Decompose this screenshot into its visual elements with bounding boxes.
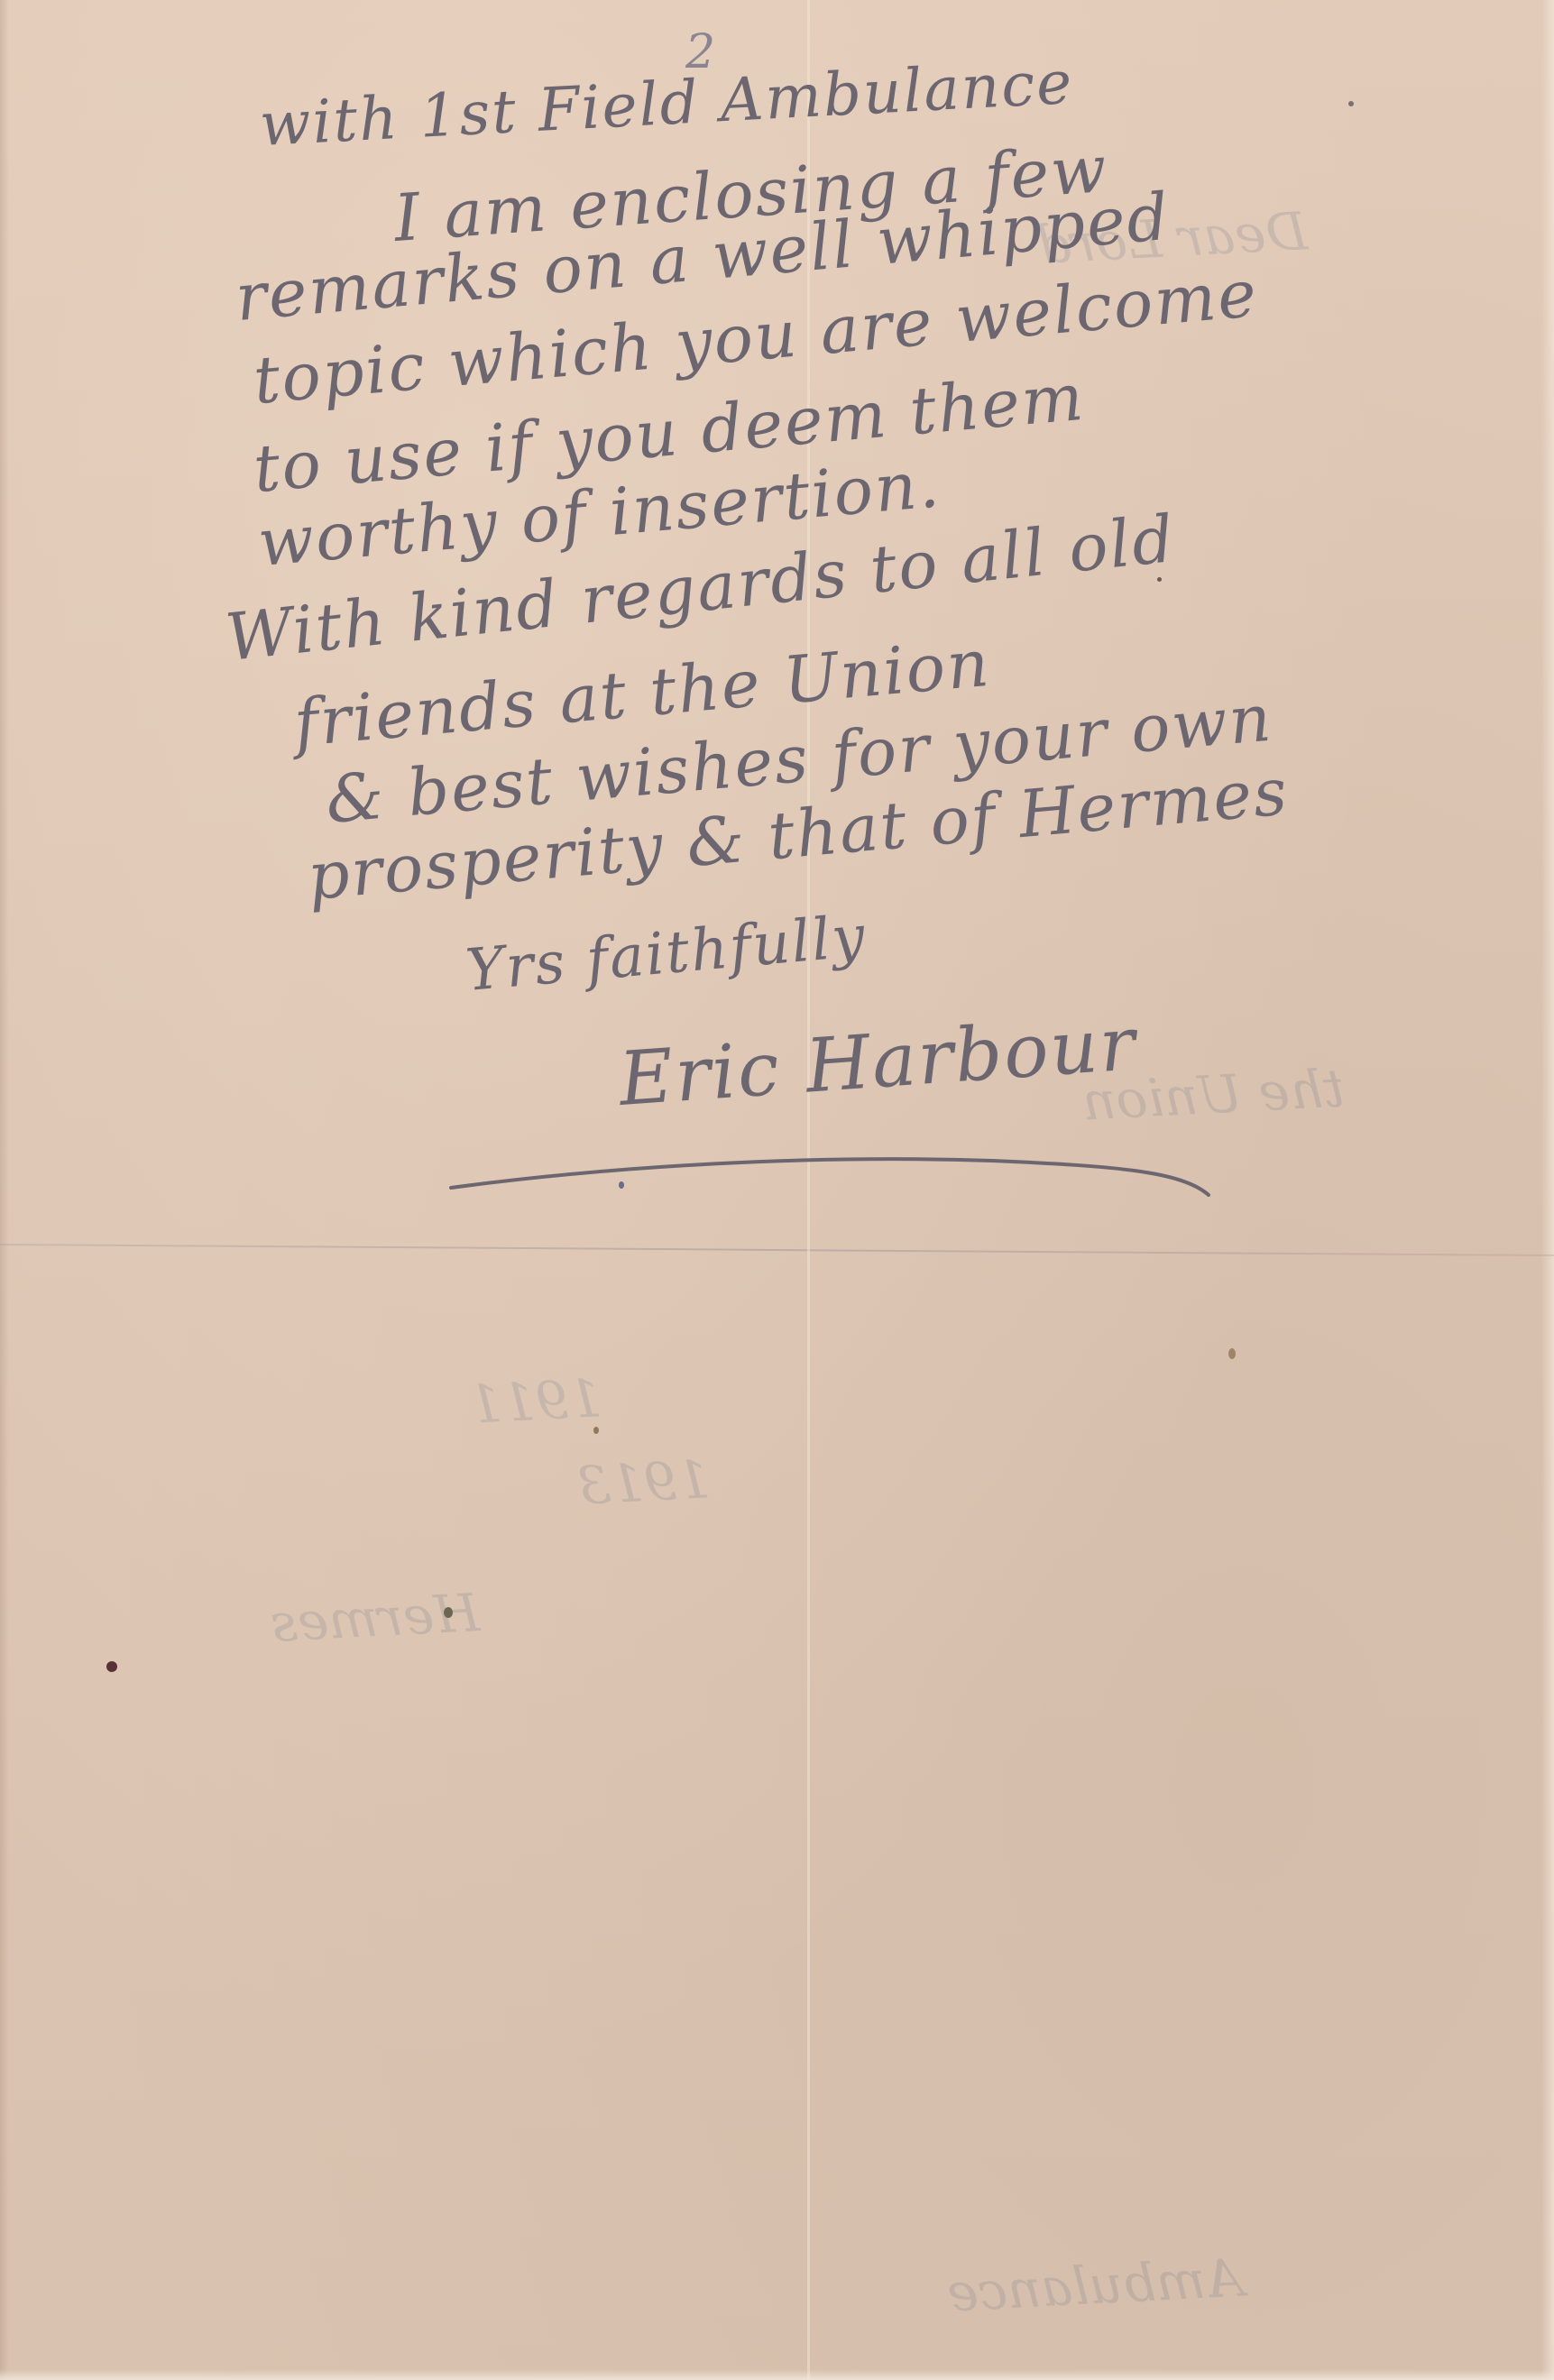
bleed-through-text: Ambulance (945, 2247, 1245, 2323)
paper-edge-right (1541, 0, 1554, 2380)
paper-edge-bottom (0, 2369, 1554, 2380)
foxing-spot (1228, 1348, 1236, 1359)
signature: Eric Harbour (616, 1001, 1139, 1123)
foxing-spot (1157, 577, 1162, 582)
bleed-through-text: Hermes (269, 1582, 481, 1654)
letter-page: Dear Lord the Union 1911 1913 Hermes Amb… (0, 0, 1554, 2380)
ink-spot (444, 1607, 453, 1618)
horizontal-fold-line (0, 1244, 1554, 1256)
ink-spot (619, 1181, 624, 1189)
ink-spot (106, 1661, 117, 1672)
paper-edge-left (0, 0, 9, 2380)
bleed-through-text: 1911 (467, 1367, 603, 1436)
foxing-spot (593, 1427, 599, 1434)
bleed-through-text: 1913 (575, 1448, 712, 1517)
signature-underline-flourish (433, 1150, 1227, 1204)
foxing-spot (1348, 101, 1354, 106)
